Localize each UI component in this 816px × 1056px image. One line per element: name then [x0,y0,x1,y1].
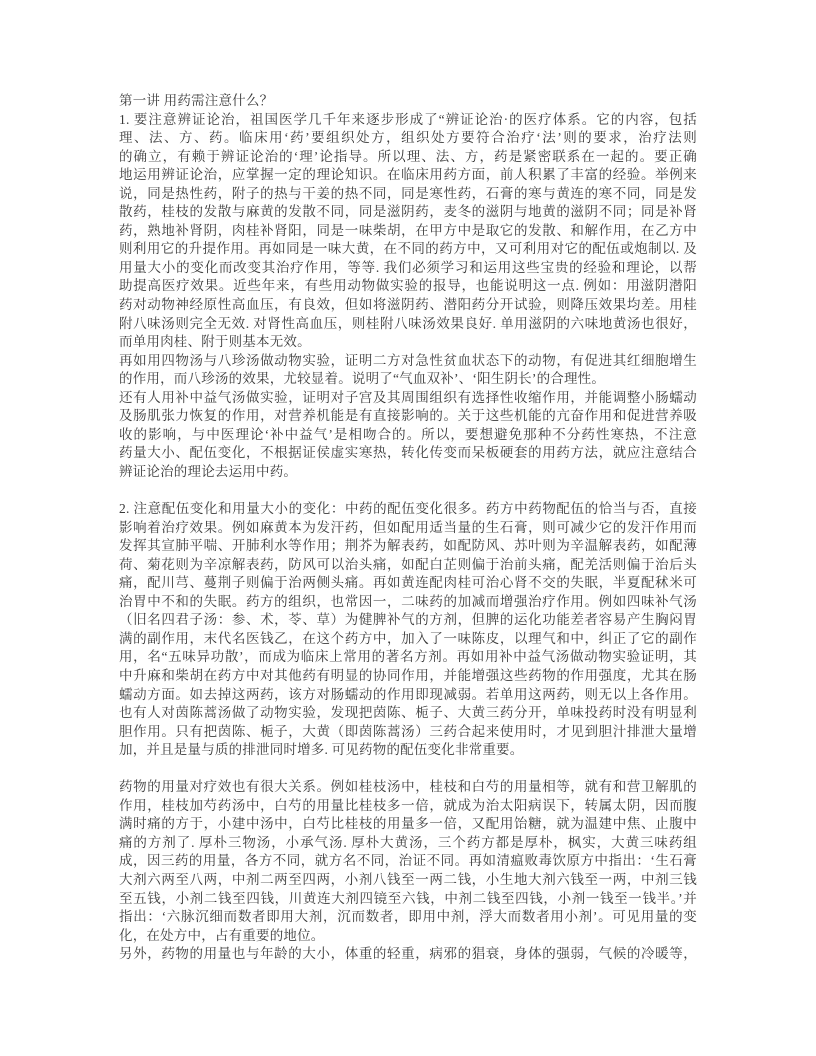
text-line: 大剂六两至八两，中剂二两至四两，小剂八钱至一两二钱，小生地大剂六钱至一两，中剂三… [119,871,697,890]
text-line: 则利用它的升提作用。再如同是一味大黄，在不同的药方中，又可利用对它的配伍或炮制以… [119,240,697,259]
document-text: 第一讲 用药需注意什么？1. 要注意辨证论治，祖国医学几千年来逐步形成了“辨证论… [119,92,697,964]
text-line: 作用，桂枝加芍药汤中，白芍的用量比桂枝多一倍，就成为治太阳病误下，转属太阴，因而… [119,797,697,816]
text-line: 地运用辨证论治，应掌握一定的理论知识。在临床用药方面，前人积累了丰富的经验。举例… [119,166,697,185]
text-line: 发挥其宣肺平喘、开肺利水等作用；荆芥为解表药，如配防风、苏叶则为辛温解表药，如配… [119,537,697,556]
text-line: 至五钱，小剂二钱至四钱，川黄连大剂四镜至六钱，中剂二钱至四钱，小剂一钱至一钱半。… [119,890,697,909]
text-line: 第一讲 用药需注意什么？ [119,92,697,111]
text-line: 成，因三药的用量，各方不同，就方名不同，治证不同。再如清瘟败毒饮原方中指出：‘生… [119,852,697,871]
text-line: 药量大小、配伍变化，不根据证侯虚实寒热，转化传变而呆板硬套的用药方法，就应注意结… [119,444,697,463]
text-line: 痛，配川芎、蔓荆子则偏于治两侧头痛。再如黄连配肉桂可治心肾不交的失眠，半夏配秫米… [119,574,697,593]
text-line: 散药，桂枝的发散与麻黄的发散不同，同是滋阴药，麦冬的滋阴与地黄的滋阴不同；同是补… [119,203,697,222]
text-line: 2. 注意配伍变化和用量大小的变化：中药的配伍变化很多。药方中药物配伍的恰当与否… [119,500,697,519]
text-line: 1. 要注意辨证论治，祖国医学几千年来逐步形成了“辨证论治·的医疗体系。它的内容… [119,111,697,130]
text-line: （旧名四君子汤：参、术，苓、草）为健脾补气的方剂，但脾的运化功能差者容易产生胸闷… [119,611,697,630]
text-line: 说，同是热性药，附子的热与干姜的热不同，同是寒性药，石膏的寒与黄连的寒不同，同是… [119,185,697,204]
text-line: 助提高医疗效果。近些年来，有些用动物做实验的报导，也能说明这一点. 例如：用滋阴… [119,277,697,296]
text-line: 及肠肌张力恢复的作用，对营养机能是有直接影响的。关于这些机能的亢奋作用和促进营养… [119,407,697,426]
text-line: 胆作用。只有把茵陈、栀子，大黄（即茵陈蒿汤）三药合起来使用时，才见到胆汁排泄大量… [119,723,697,742]
text-line: 的确立，有赖于辨证论治的‘理’论指导。所以理、法、方，药是紧密联系在一起的。要正… [119,148,697,167]
text-line: 收的影响，与中医理论‘补中益气’是相吻合的。所以，要想避免那种不分药性寒热，不注… [119,426,697,445]
text-line: 的作用，而八珍汤的效果，尤较显着。说明了“气血双补’、‘阳生阴长’的合理性。 [119,370,697,389]
blank-line [119,760,697,779]
text-line: 药物的用量对疗效也有很大关系。例如桂枝汤中，桂枝和白芍的用量相等，就有和营卫解肌… [119,778,697,797]
text-line: 辨证论治的理论去运用中药。 [119,463,697,482]
text-line: 痛的方剂了. 厚朴三物汤，小承气汤. 厚朴大黄汤，三个药方都是厚朴，枫实，大黄三… [119,834,697,853]
blank-line [119,481,697,500]
text-line: 治胃中不和的失眠。药方的组织，也常因一，二味药的加减而增强治疗作用。例如四味补气… [119,593,697,612]
text-line: 化，在处方中，占有重要的地位。 [119,927,697,946]
text-line: 理、法、方、药。临床用‘药’要组织处方，组织处方要符合治疗‘法’则的要求，治疗法… [119,129,697,148]
text-line: 指出：‘六脉沉细而数者即用大剂，沉而数者，即用中剂，浮大而数者用小剂’。可见用量… [119,908,697,927]
text-line: 荷、菊花则为辛凉解表药，防风可以治头痛，如配白芷则偏于治前头痛，配羌活则偏于治后… [119,556,697,575]
text-line: 影响着治疗效果。例如麻黄本为发汗药，但如配用适当量的生石膏，则可减少它的发汗作用… [119,519,697,538]
text-line: 还有人用补中益气汤做实验，证明对子宫及其周围组织有选择性收缩作用，并能调整小肠蠕… [119,389,697,408]
text-line: 蠕动方面。如去掉这两药，该方对肠蠕动的作用即现减弱。若单用这两药，则无以上各作用… [119,686,697,705]
text-line: 中升麻和柴胡在药方中对其他药有明显的协同作用，并能增强这些药物的作用强度，尤其在… [119,667,697,686]
text-line: 满的副作用，末代名医钱乙，在这个药方中，加入了一味陈皮，以理气和中，纠正了它的副… [119,630,697,649]
text-line: 而单用肉桂、附于则基本无效。 [119,333,697,352]
text-line: 加，并且是量与质的排泄同时增多. 可见药物的配伍变化非常重要。 [119,741,697,760]
text-line: 满时痛的方于，小建中汤中，白芍比桂枝的用量多一倍，又配用饴糖，就为温建中焦、止腹… [119,815,697,834]
text-line: 用量大小的变化而改变其治疗作用，等等. 我们必须学习和运用这些宝贵的经验和理论，… [119,259,697,278]
text-line: 附八味汤则完全无效. 对肾性高血压，则桂附八味汤效果良好. 单用滋阴的六味地黄汤… [119,315,697,334]
text-line: 药，熟地补肾阴，肉桂补肾阳，同是一味柴胡，在甲方中是取它的发散、和解作用，在乙方… [119,222,697,241]
text-line: 再如用四物汤与八珍汤做动物实验，证明二方对急性贫血状态下的动物，有促进其红细胞增… [119,352,697,371]
text-line: 另外，药物的用量也与年龄的大小，体重的轻重，病邪的猖衰，身体的强弱，气候的冷暖等… [119,945,697,964]
text-line: 也有人对茵陈蒿汤做了动物实验，发现把茵陈、栀子、大黄三药分开，单味投药时没有明显… [119,704,697,723]
text-line: 药对动物神经原性高血压，有良效，但如将滋阴药、潜阳药分开试验，则降压效果均差。用… [119,296,697,315]
document-page: 第一讲 用药需注意什么？1. 要注意辨证论治，祖国医学几千年来逐步形成了“辨证论… [0,0,816,1056]
text-line: 用，名“五味异功散’，而成为临床上常用的著名方剂。再如用补中益气汤做动物实验证明… [119,648,697,667]
